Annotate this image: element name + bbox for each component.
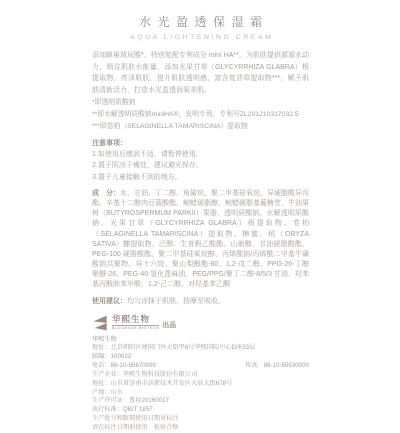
ingredients-section: 成 分：水、甘油、丁二醇、角鲨烷、聚二甲基硅氧烷、异硬脂酸异丙酯、辛基十二醇肉豆… — [92, 189, 309, 291]
footnote: *即透明质酸钠 — [92, 97, 309, 109]
usage-text: 均匀涂抹于肌肤，按摩至吸收。 — [127, 298, 225, 305]
ingredients-text: 水、甘油、丁二醇、角鲨烷、聚二甲基硅氧烷、异硬脂酸异丙酯、辛基十二醇肉豆蔻酸酯、… — [92, 190, 309, 288]
precaution-item: 3.置于儿童接触不到的地方。 — [92, 172, 309, 183]
company-tel: 电话：86-10-85670099 — [92, 362, 156, 371]
company-fax: 传真：86-10-65630000 — [245, 362, 309, 371]
bloomage-logo-icon — [92, 315, 108, 331]
footnote: **即水解透明质酸钠miniHA®，发明专利，专利号ZL201210317032… — [92, 109, 309, 121]
ingredients-label: 成 分： — [92, 190, 120, 197]
footnote: ***即卷柏（SELAGINELLA TAMARISCINA）提取物 — [92, 121, 309, 133]
company-info: 华熙生物 地址：北京朝阳区建国门外大街甲6号华熙国际中心D座33层 邮编：100… — [92, 336, 309, 400]
precautions-heading: 注意事项： — [92, 138, 309, 149]
product-back-label: 水光盈透保湿霜 AQUA LIGHTENING CREAM 添加蜂巢玻尿酸*，特… — [92, 13, 309, 400]
company-address-beijing: 地址：北京朝阳区建国门外大街甲6号华熙国际中心D座33层 — [92, 344, 309, 353]
company-manufacturer: 生产企业：华熙生物科技股份有限公司 — [92, 371, 309, 380]
brand-logo-row: 华熙生物 BLOOMAGE BIOTECH 出品 — [92, 314, 309, 332]
brand-text-block: 华熙生物 BLOOMAGE BIOTECH — [112, 315, 159, 331]
footnotes: *即透明质酸钠 **即水解透明质酸钠miniHA®，发明专利，专利号ZL2012… — [92, 97, 309, 132]
usage-section: 使用建议：均匀涂抹于肌肤，按摩至吸收。 — [92, 297, 309, 307]
brand-suffix: 出品 — [162, 320, 176, 332]
brand-name: 华熙生物 — [112, 315, 159, 324]
company-zip: 邮编：100022 — [92, 353, 309, 362]
product-subtitle-en: AQUA LIGHTENING CREAM — [92, 34, 309, 41]
brand-subname: BLOOMAGE BIOTECH — [112, 325, 159, 331]
company-telfax-row: 电话：86-10-85670099 传真：86-10-65630000 — [92, 362, 309, 371]
precaution-item: 2.置于阴凉干燥处，建议避光保存。 — [92, 160, 309, 171]
usage-label: 使用建议： — [92, 298, 127, 305]
product-description: 添加蜂巢玻尿酸*，特别复配专利成分 mini HA**，为肌肤提供源源水动力，锁… — [92, 50, 309, 96]
page-title: 水光盈透保湿霜 — [92, 13, 309, 30]
precaution-item: 1.如使用后感到不适，请暂停使用。 — [92, 149, 309, 160]
precautions-section: 注意事项： 1.如使用后感到不适，请暂停使用。 2.置于阴凉干燥处，建议避光保存… — [92, 138, 309, 183]
company-address-shandong: 地址：山东省济南市高新技术开发区天辰大街678号 — [92, 380, 309, 389]
